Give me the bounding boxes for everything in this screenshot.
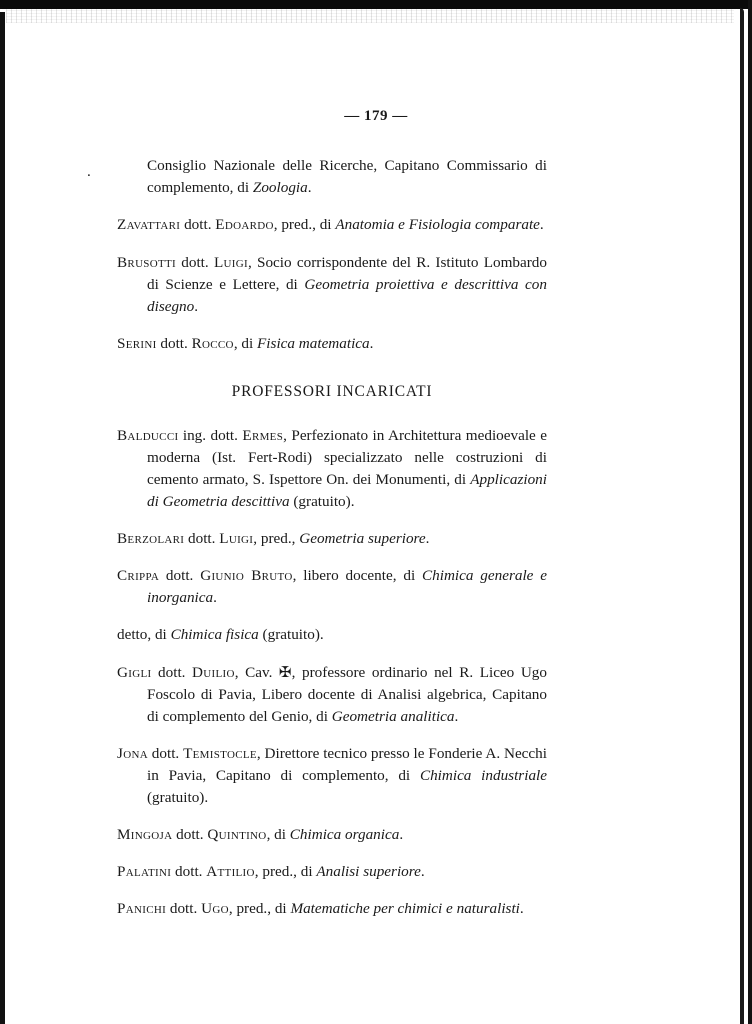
- entry-text-end: .: [426, 530, 430, 547]
- entry-text: , di: [267, 826, 290, 843]
- entry-firstname: Duilio: [192, 664, 235, 681]
- scan-left-border: [0, 12, 5, 1024]
- entry-subject: Fisica matematica: [257, 335, 370, 352]
- entry-subject: Geometria superiore: [299, 530, 425, 547]
- scan-right-border: [748, 0, 752, 1024]
- entry-title: dott.: [180, 216, 215, 233]
- entry-text-end: (gratuito).: [259, 626, 324, 643]
- entry-text: , pred., di: [229, 900, 291, 917]
- entry-surname: Brusotti: [117, 254, 176, 271]
- entry-title: dott.: [148, 745, 183, 762]
- entry-berzolari: Berzolari dott. Luigi, pred., Geometria …: [117, 528, 547, 550]
- entry-firstname: Giunio Bruto: [200, 567, 292, 584]
- entry-text: , libero docente, di: [293, 567, 422, 584]
- page-edge-curl: [740, 8, 744, 1024]
- entry-zavattari: Zavattari dott. Edoardo, pred., di Anato…: [117, 214, 547, 236]
- entry-subject: Analisi superiore: [316, 863, 420, 880]
- entry-surname: Palatini: [117, 863, 171, 880]
- entry-text-end: .: [370, 335, 374, 352]
- entry-firstname: Luigi: [214, 254, 248, 271]
- entry-surname: Berzolari: [117, 530, 184, 547]
- entry-title: dott.: [166, 900, 201, 917]
- entry-surname: Crippa: [117, 567, 159, 584]
- entry-surname: Balducci: [117, 427, 178, 444]
- entry-text: , di: [234, 335, 257, 352]
- entry-title: dott.: [151, 664, 192, 681]
- entry-surname: Panichi: [117, 900, 166, 917]
- entry-text-end: .: [540, 216, 544, 233]
- entry-firstname: Ugo: [201, 900, 229, 917]
- entry-text-end: .: [421, 863, 425, 880]
- entry-title: dott.: [159, 567, 200, 584]
- entry-surname: Serini: [117, 335, 157, 352]
- entry-text: , pred.,: [253, 530, 299, 547]
- scanned-page: — 179 — . Consiglio Nazionale delle Rice…: [0, 0, 752, 1024]
- entry-detto: detto, di Chimica fisica (gratuito).: [117, 624, 547, 646]
- entry-gigli: Gigli dott. Duilio, Cav. ✠, professore o…: [117, 662, 547, 728]
- entry-brusotti: Brusotti dott. Luigi, Socio corrisponden…: [117, 252, 547, 318]
- entry-text: detto, di: [117, 626, 171, 643]
- entry-firstname: Attilio: [206, 863, 255, 880]
- entry-title: dott.: [171, 863, 206, 880]
- entry-title: ing. dott.: [178, 427, 242, 444]
- entry-firstname: Temistocle: [183, 745, 257, 762]
- entry-balducci: Balducci ing. dott. Ermes, Perfezionato …: [117, 425, 547, 513]
- entry-text: , pred., di: [255, 863, 317, 880]
- entry-text: , pred., di: [274, 216, 336, 233]
- entry-surname: Gigli: [117, 664, 151, 681]
- entry-text-end: .: [213, 589, 217, 606]
- entry-subject: Zoologia: [253, 179, 308, 196]
- entry-text-end: (gratuito).: [290, 493, 355, 510]
- scan-noise: [6, 9, 734, 23]
- entry-continuation: . Consiglio Nazionale delle Ricerche, Ca…: [117, 155, 547, 199]
- entry-surname: Mingoja: [117, 826, 172, 843]
- entry-surname: Jona: [117, 745, 148, 762]
- entry-subject: Chimica organica: [290, 826, 400, 843]
- entry-subject: Matematiche per chimici e naturalisti: [290, 900, 519, 917]
- entry-crippa: Crippa dott. Giunio Bruto, libero docent…: [117, 565, 547, 609]
- entry-panichi: Panichi dott. Ugo, pred., di Matematiche…: [117, 898, 547, 920]
- entry-text-end: (gratuito).: [147, 789, 208, 806]
- entry-serini: Serini dott. Rocco, di Fisica matematica…: [117, 333, 547, 355]
- entry-title: dott.: [176, 254, 214, 271]
- entry-text-end: .: [308, 179, 312, 196]
- entry-firstname: Rocco: [192, 335, 234, 352]
- entry-text-end: .: [194, 298, 198, 315]
- entry-title: dott.: [184, 530, 219, 547]
- entry-firstname: Quintino: [207, 826, 266, 843]
- entry-text: Consiglio Nazionale delle Ricerche, Capi…: [147, 157, 547, 196]
- entry-subject: Chimica fisica: [171, 626, 259, 643]
- entry-text-end: .: [455, 708, 459, 725]
- section-heading: PROFESSORI INCARICATI: [117, 381, 547, 403]
- entry-text-end: .: [399, 826, 403, 843]
- entry-mingoja: Mingoja dott. Quintino, di Chimica organ…: [117, 824, 547, 846]
- entry-palatini: Palatini dott. Attilio, pred., di Analis…: [117, 861, 547, 883]
- entry-subject: Chimica industriale: [420, 767, 547, 784]
- stray-mark: .: [87, 161, 91, 183]
- entry-subject: Geometria analitica: [332, 708, 455, 725]
- entry-firstname: Luigi: [219, 530, 253, 547]
- entry-jona: Jona dott. Temistocle, Direttore tecnico…: [117, 743, 547, 809]
- page-number: — 179 —: [0, 108, 752, 125]
- entry-surname: Zavattari: [117, 216, 180, 233]
- entry-text-end: .: [520, 900, 524, 917]
- scan-top-border: [0, 0, 752, 9]
- entry-title: dott.: [157, 335, 192, 352]
- entry-firstname: Edoardo: [215, 216, 273, 233]
- entry-title: dott.: [172, 826, 207, 843]
- page-content: . Consiglio Nazionale delle Ricerche, Ca…: [117, 140, 547, 929]
- entry-firstname: Ermes: [242, 427, 283, 444]
- entry-subject: Anatomia e Fisiologia comparate: [335, 216, 540, 233]
